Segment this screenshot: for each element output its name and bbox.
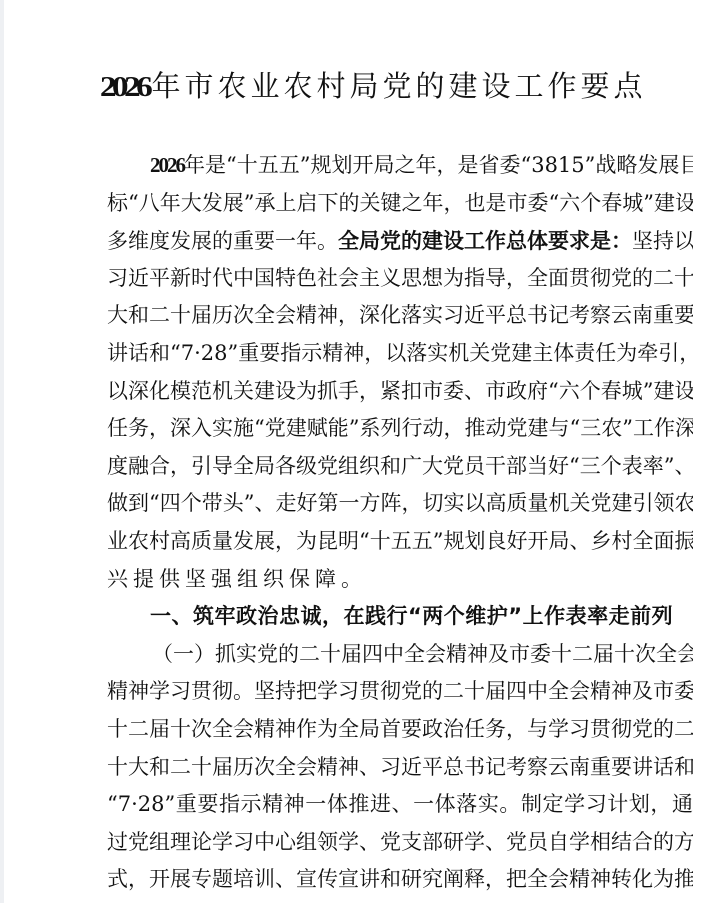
subsection-line: 十大和二十届历次全会精神、习近平总书记考察云南重要讲话和: [107, 749, 693, 787]
subsection-line: 式，开展专题培训、宣传宣讲和研究阐释，把全会精神转化为推: [107, 861, 693, 899]
line-text: 多维度发展的重要一年。: [107, 229, 338, 253]
paragraph-line: 兴提供坚强组织保障。: [107, 561, 693, 599]
paragraph-line: 2026年是“十五五”规划开局之年，是省委“3815”战略发展目: [107, 147, 693, 185]
line-text: 坚持以: [632, 229, 693, 253]
paragraph-line: 做到“四个带头”、走好第一方阵，切实以高质量机关党建引领农: [107, 485, 693, 523]
title-year: 2026: [100, 67, 148, 107]
paragraph-line: 度融合，引导全局各级党组织和广大党员干部当好“三个表率”、: [107, 448, 693, 486]
subsection-line: “7·28”重要指示精神一体推进、一体落实。制定学习计划，通: [107, 786, 693, 824]
document-body: 2026年是“十五五”规划开局之年，是省委“3815”战略发展目 标“八年大发展…: [107, 147, 693, 899]
paragraph-line: 讲话和“7·28”重要指示精神，以落实机关党建主体责任为牵引，: [107, 335, 693, 373]
document-page: 2026年市农业农村局党的建设工作要点 2026年是“十五五”规划开局之年，是省…: [0, 0, 728, 903]
line-text: 年是“十五五”规划开局之年，是省委“3815”战略发展目: [184, 153, 693, 177]
subsection-line: 精神学习贯彻。坚持把学习贯彻党的二十届四中全会精神及市委: [107, 673, 693, 711]
paragraph-line: 标“八年大发展”承上启下的关键之年，也是市委“六个春城”建设: [107, 185, 693, 223]
paragraph-line: 大和二十届历次全会精神，深化落实习近平总书记考察云南重要: [107, 297, 693, 335]
paragraph-line: 业农村高质量发展，为昆明“十五五”规划良好开局、乡村全面振: [107, 523, 693, 561]
title-text: 年市农业农村局党的建设工作要点: [151, 69, 646, 103]
paragraph-line: 多维度发展的重要一年。全局党的建设工作总体要求是：坚持以: [107, 222, 693, 260]
section-heading: 一、筑牢政治忠诚，在践行“两个维护”上作表率走前列: [107, 598, 693, 636]
subsection-line: 过党组理论学习中心组领学、党支部研学、党员自学相结合的方: [107, 824, 693, 862]
paragraph-line: 习近平新时代中国特色社会主义思想为指导，全面贯彻党的二十: [107, 260, 693, 298]
paragraph-line: 任务，深入实施“党建赋能”系列行动，推动党建与“三农”工作深: [107, 410, 693, 448]
year-number: 2026: [150, 153, 184, 177]
paragraph-line: 以深化模范机关建设为抓手，紧扣市委、市政府“六个春城”建设: [107, 373, 693, 411]
bold-requirement-text: 全局党的建设工作总体要求是：: [338, 228, 632, 253]
document-title: 2026年市农业农村局党的建设工作要点: [0, 66, 728, 107]
subsection-line: （一）抓实党的二十届四中全会精神及市委十二届十次全会: [107, 636, 693, 674]
subsection-line: 十二届十次全会精神作为全局首要政治任务，与学习贯彻党的二: [107, 711, 693, 749]
